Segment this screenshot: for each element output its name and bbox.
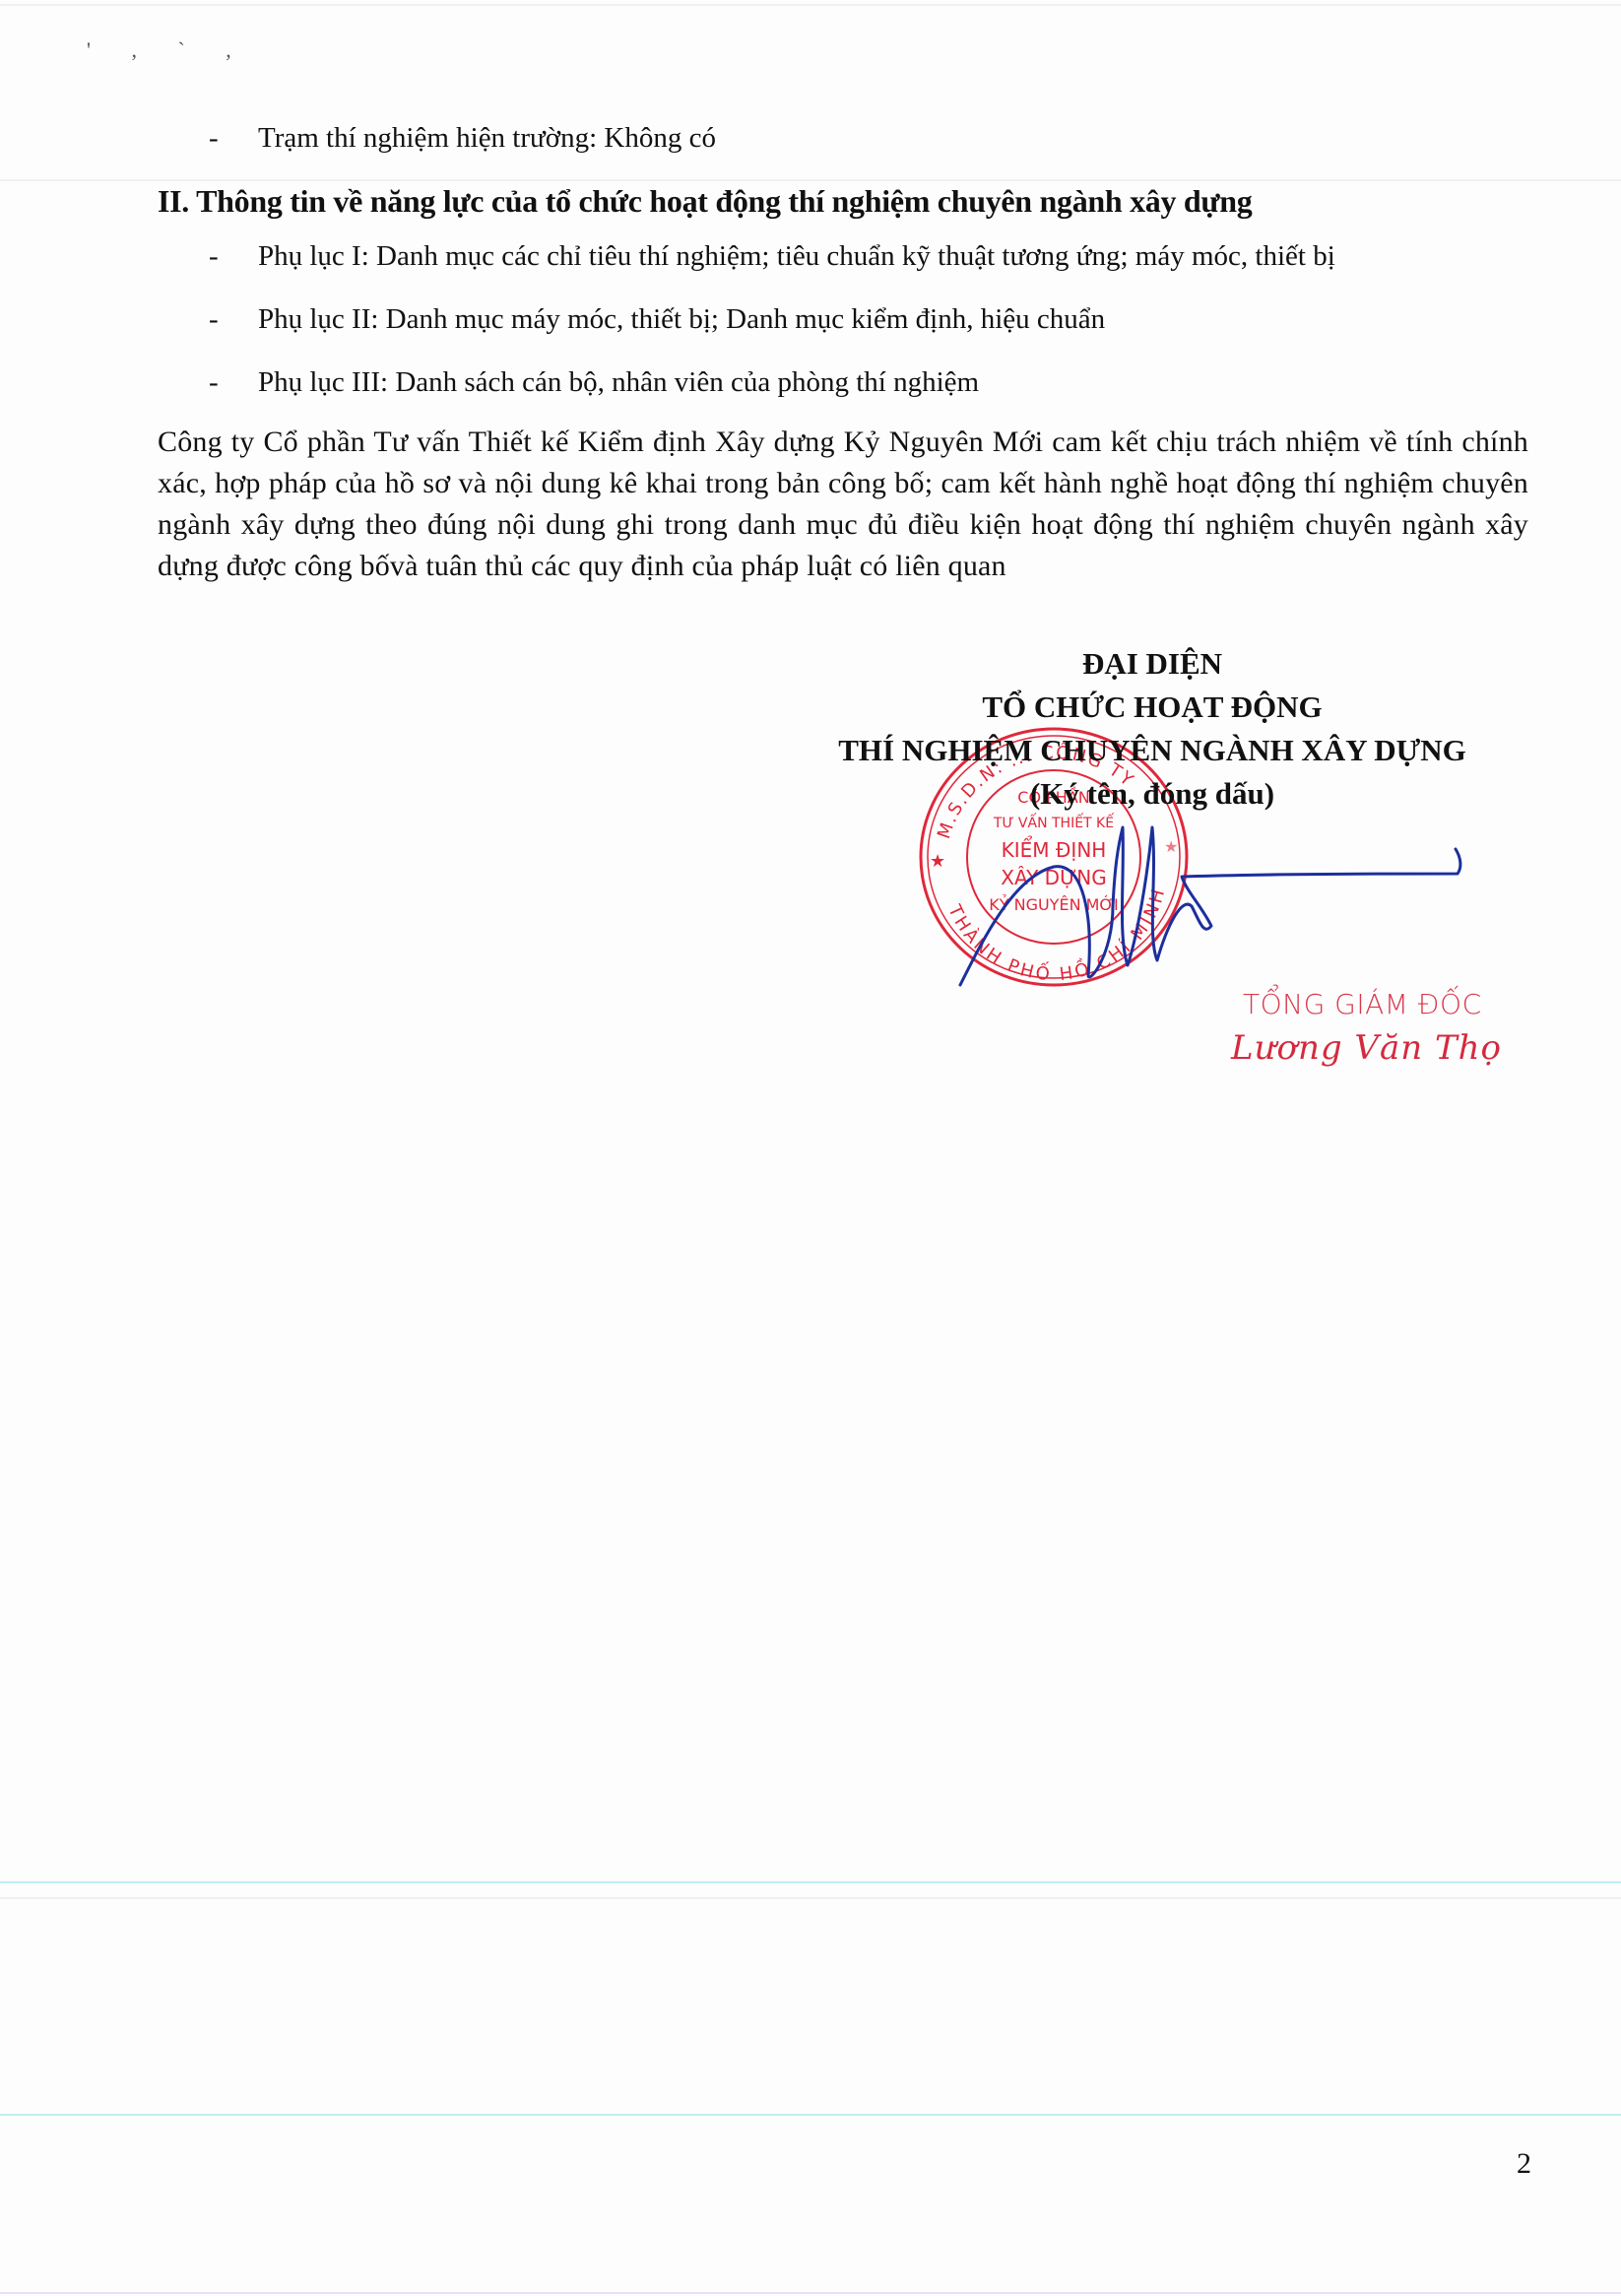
scan-artifact-marks: ' , ` ,	[87, 37, 249, 63]
handwritten-signature-icon	[945, 788, 1477, 995]
organization-type-label: THÍ NGHIỆM CHUYÊN NGÀNH XÂY DỰNG	[768, 729, 1536, 772]
section-title: II. Thông tin về năng lực của tổ chức ho…	[158, 183, 1253, 220]
director-name-stamp: Lương Văn Thọ	[1231, 1028, 1502, 1068]
scan-line	[0, 4, 1621, 6]
scan-line	[0, 1897, 1621, 1899]
scan-line	[0, 2114, 1621, 2116]
appendix-item: - Phụ lục III: Danh sách cán bộ, nhân vi…	[209, 366, 979, 399]
scan-line	[0, 179, 1621, 181]
page-number: 2	[1517, 2147, 1531, 2181]
bullet-text: Trạm thí nghiệm hiện trường: Không có	[258, 122, 716, 155]
representative-label: ĐẠI DIỆN	[768, 642, 1536, 686]
organization-label: TỔ CHỨC HOẠT ĐỘNG	[768, 686, 1536, 729]
bullet-dash: -	[209, 366, 258, 399]
scan-line	[0, 2292, 1621, 2294]
appendix-text: Phụ lục I: Danh mục các chỉ tiêu thí ngh…	[258, 240, 1335, 273]
scan-line	[0, 1881, 1621, 1883]
commitment-paragraph: Công ty Cổ phần Tư vấn Thiết kế Kiểm địn…	[158, 422, 1528, 587]
appendix-text: Phụ lục III: Danh sách cán bộ, nhân viên…	[258, 366, 979, 399]
bullet-field-station: - Trạm thí nghiệm hiện trường: Không có	[209, 122, 716, 155]
appendix-text: Phụ lục II: Danh mục máy móc, thiết bị; …	[258, 303, 1105, 336]
svg-text:★: ★	[930, 851, 945, 871]
bullet-dash: -	[209, 122, 258, 155]
appendix-item: - Phụ lục I: Danh mục các chỉ tiêu thí n…	[209, 240, 1335, 273]
appendix-item: - Phụ lục II: Danh mục máy móc, thiết bị…	[209, 303, 1105, 336]
document-page: ' , ` , - Trạm thí nghiệm hiện trường: K…	[0, 0, 1621, 2296]
bullet-dash: -	[209, 240, 258, 273]
bullet-dash: -	[209, 303, 258, 336]
